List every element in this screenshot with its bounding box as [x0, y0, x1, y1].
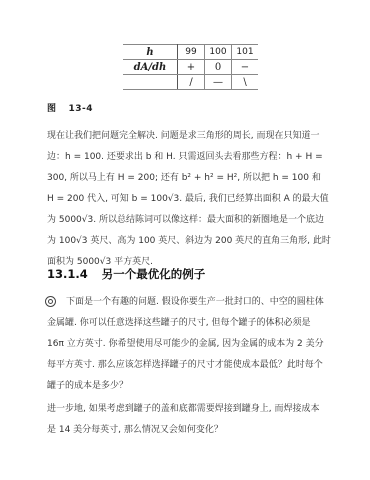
- text-line: 是 14 美分每英寸, 那么情况又会如何变化？: [47, 420, 337, 441]
- text-line: 16π 立方英寸. 你希望使用尽可能少的金属, 因为金属的成本为 2 美分: [47, 334, 337, 355]
- paragraph-extension: 进一步地, 如果考虑到罐子的盖和底都需要焊接到罐身上, 而焊接成本 是 14 美…: [47, 399, 337, 441]
- text-line: 下面是一个有趣的问题. 假设你要生产一批封口的、中空的圆柱体: [47, 292, 337, 313]
- text-line: 金属罐. 你可以任意选择这些罐子的尺寸, 但每个罐子的体积必须是: [47, 313, 337, 334]
- table-cell: \: [232, 75, 259, 90]
- text-line: 300, 所以马上有 H = 200; 还有 b² + h² = H², 所以把…: [47, 168, 337, 189]
- section-number: 13.1.4: [47, 267, 88, 281]
- section-title: 另一个最优化的例子: [102, 267, 206, 281]
- table-cell: 99: [178, 45, 205, 60]
- sign-table: h 99 100 101 dA/dh + 0 − / — \: [123, 44, 258, 90]
- row-label: dA/dh: [123, 60, 178, 75]
- text-line: 为 100√3 英尺、高为 100 英尺、斜边为 200 英尺的直角三角形, 此…: [47, 231, 337, 252]
- text-line: 为 5000√3. 所以总结陈词可以像这样：最大面积的新圈地是一个底边: [47, 210, 337, 231]
- text-line: 每平方英寸. 那么应该怎样选择罐子的尺寸才能使成本最低？此时每个: [47, 355, 337, 376]
- document-page: h 99 100 101 dA/dh + 0 − / — \ 图13-4 现在让…: [0, 0, 370, 480]
- table-cell: +: [178, 60, 205, 75]
- table-row: / — \: [123, 75, 258, 90]
- text-line: 罐子的成本是多少？: [47, 376, 337, 397]
- figure-prefix: 图: [47, 104, 57, 114]
- text-line: 边：h = 100. 还要求出 b 和 H. 只需返回头去看那些方程：h + H…: [47, 147, 337, 168]
- figure-number: 13-4: [69, 104, 94, 114]
- section-heading: 13.1.4另一个最优化的例子: [47, 266, 205, 282]
- table-cell: —: [205, 75, 232, 90]
- table-cell: 0: [205, 60, 232, 75]
- text-line: 进一步地, 如果考虑到罐子的盖和底都需要焊接到罐身上, 而焊接成本: [47, 399, 337, 420]
- table-row: dA/dh + 0 −: [123, 60, 258, 75]
- paragraph-solution: 现在让我们把问题完全解决. 问题是求三角形的周长, 而现在只知道一 边：h = …: [47, 126, 337, 273]
- paragraph-problem: 下面是一个有趣的问题. 假设你要生产一批封口的、中空的圆柱体 金属罐. 你可以任…: [47, 292, 337, 397]
- table-row: h 99 100 101: [123, 45, 258, 60]
- table-cell: 100: [205, 45, 232, 60]
- table-cell: 101: [232, 45, 259, 60]
- row-label: [123, 75, 178, 90]
- text-line: 现在让我们把问题完全解决. 问题是求三角形的周长, 而现在只知道一: [47, 126, 337, 147]
- target-icon: [45, 296, 56, 307]
- table-cell: −: [232, 60, 259, 75]
- figure-caption: 图13-4: [47, 101, 93, 114]
- row-label: h: [123, 45, 178, 60]
- text-line: H = 200 代入, 可知 b = 100√3. 最后, 我们已经算出面积 A…: [47, 189, 337, 210]
- table-cell: /: [178, 75, 205, 90]
